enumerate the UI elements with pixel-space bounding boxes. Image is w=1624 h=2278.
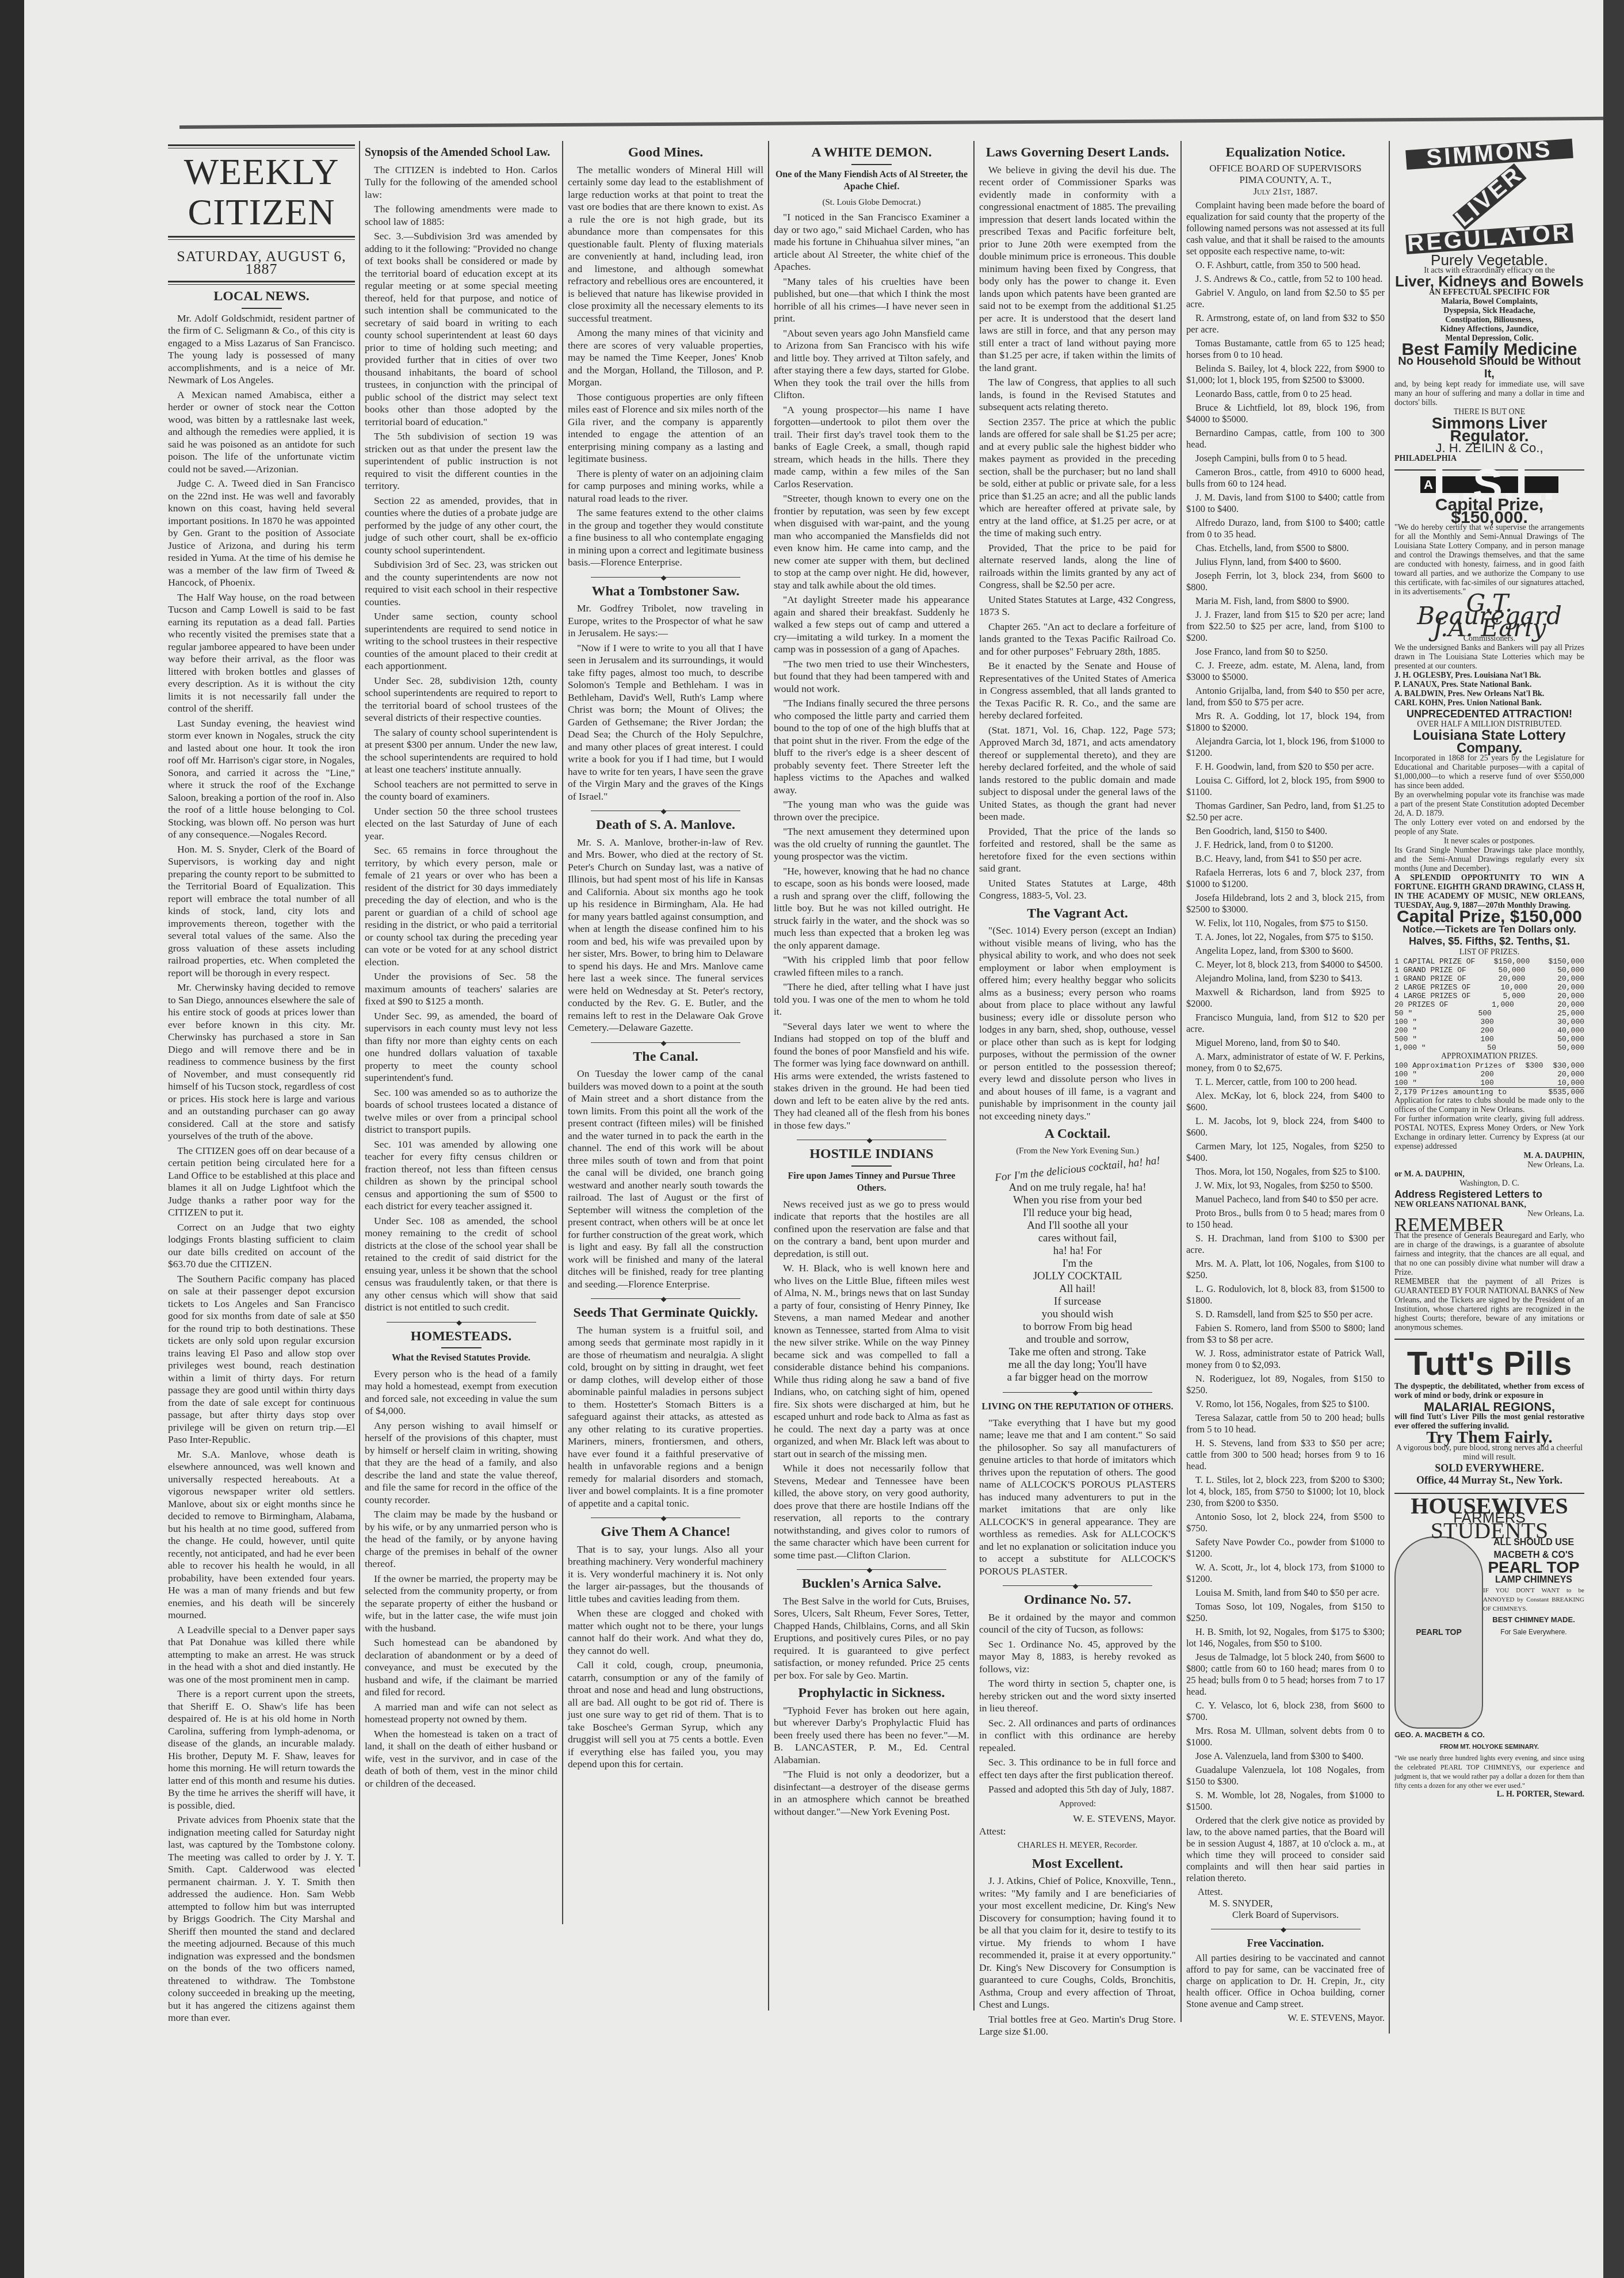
paragraph: Sec. 100 was amended so as to authorize …	[365, 1087, 557, 1136]
prize-row: 1,000 "5050,000	[1394, 1044, 1584, 1052]
column-desert-lands: Laws Governing Desert Lands. We believe …	[979, 141, 1176, 2040]
paragraph: Antonio Grijalba, land, from $40 to $50 …	[1186, 685, 1385, 708]
paragraph: Last Sunday evening, the heaviest wind s…	[168, 717, 355, 841]
paragraph: The Half Way house, on the road between …	[168, 591, 355, 715]
paragraph: Sec. 65 remains in force throughout the …	[365, 844, 557, 968]
tutt-title: Tutt's Pills	[1394, 1346, 1584, 1382]
lottery-never: It never scales or postpones.	[1394, 837, 1584, 846]
column-local-news: WEEKLY CITIZEN SATURDAY, AUGUST 6, 1887 …	[168, 141, 355, 2027]
lottery-city-2: Washington, D. C.	[1394, 1179, 1584, 1188]
lottery-remember-head: REMEMBER	[1394, 1219, 1584, 1232]
paragraph: L. G. Rodulovich, lot 8, block 83, from …	[1186, 1283, 1385, 1306]
paragraph: T. A. Jones, lot 22, Nogales, from $75 t…	[1186, 931, 1385, 943]
ad-best-family: Best Family Medicine	[1394, 343, 1584, 356]
article-title-manlove: Death of S. A. Manlove.	[568, 819, 763, 832]
paragraph: "The young man who was the guide was thr…	[774, 798, 969, 823]
ad-tagline: Purely Vegetable.	[1394, 254, 1584, 267]
paragraph: "With his crippled limb that poor fellow…	[774, 954, 969, 979]
paragraph: Chapter 265. "An act to declare a forfei…	[979, 621, 1176, 658]
paragraph: N. Roderiguez, lot 89, Nogales, from $15…	[1186, 1373, 1385, 1396]
paragraph: A Leadville special to a Denver paper sa…	[168, 1624, 355, 1686]
paragraph: J. W. Mix, lot 93, Nogales, from $250 to…	[1186, 1180, 1385, 1191]
ad-organs: Liver, Kidneys and Bowels	[1394, 276, 1584, 288]
paragraph: W. H. Black, who is well known here and …	[774, 1262, 969, 1460]
paragraph: C. Meyer, lot 8, block 213, from $4000 t…	[1186, 959, 1385, 970]
lottery-dauphin-1: M. A. DAUPHIN,	[1394, 1152, 1584, 1161]
lottery-logo: AL.S.L.	[1420, 476, 1558, 494]
good-mines-body: The metallic wonders of Mineral Hill wil…	[568, 164, 763, 569]
paragraph: "Several days later we went to where the…	[774, 1020, 969, 1132]
article-title-most-excellent: Most Excellent.	[979, 1858, 1176, 1871]
article-title-school-law: Synopsis of the Amended School Law.	[365, 147, 557, 159]
paragraph: "(Sec. 1014) Every person (except an Ind…	[979, 924, 1176, 1122]
ad-tutt: Tutt's Pills The dyspeptic, the debilita…	[1394, 1346, 1584, 1487]
tutt-result: A vigorous body, pure blood, strong nerv…	[1394, 1444, 1584, 1462]
paragraph: Cameron Bros., cattle, from 4910 to 6000…	[1186, 467, 1385, 490]
lottery-banks: J. H. OGLESBY, Pres. Louisiana Nat'l Bk.…	[1394, 671, 1584, 708]
paragraph: News received just as we go to press wou…	[774, 1198, 969, 1260]
tutt-body-1: The dyspeptic, the debilitated, whether …	[1394, 1382, 1584, 1401]
top-rule	[179, 117, 1623, 129]
most-excellent-body: J. J. Atkins, Chief of Police, Knoxville…	[979, 1875, 1176, 2038]
paragraph: Every person who is the head of a family…	[365, 1368, 557, 1417]
paragraph: When these are clogged and choked with m…	[568, 1607, 763, 1657]
dateline-rule	[168, 281, 355, 285]
paragraph: S. H. Drachman, land from $100 to $300 p…	[1186, 1233, 1385, 1256]
desert-lands-body: We believe in giving the devil his due. …	[979, 164, 1176, 902]
paragraph: Alfredo Durazo, land, from $100 to $400;…	[1186, 517, 1385, 540]
paragraph: The salary of county school superintende…	[365, 727, 557, 776]
paragraph: Thomas Gardiner, San Pedro, land, from $…	[1186, 800, 1385, 823]
lottery-logo-a: A	[1424, 477, 1433, 492]
article-title-good-mines: Good Mines.	[568, 147, 763, 159]
paragraph: On Tuesday the lower camp of the canal b…	[568, 1068, 763, 1290]
seeds-body: The human system is a fruitful soil, and…	[568, 1324, 763, 1510]
ornamental-divider	[1003, 1392, 1152, 1393]
ad-banner-regulator: REGULATOR	[1405, 223, 1573, 254]
paragraph: Be it ordained by the mayor and common c…	[979, 1611, 1176, 1636]
paragraph: The 5th subdivision of section 19 was st…	[365, 430, 557, 492]
paragraph: Bernardino Campas, cattle, from 100 to 3…	[1186, 427, 1385, 450]
column-white-demon: A WHITE DEMON. One of the Many Fiendish …	[774, 141, 969, 1820]
paragraph: Mr. S. A. Manlove, brother-in-law of Rev…	[568, 836, 763, 1034]
paragraph: Mr. S.A. Manlove, whose death is elsewhe…	[168, 1448, 355, 1622]
paragraph: A married man and wife can not select as…	[365, 1701, 557, 1726]
paragraph: Belinda S. Bailey, lot 4, block 222, fro…	[1186, 363, 1385, 386]
ad-simmons: SIMMONS LIVER REGULATOR Purely Vegetable…	[1394, 144, 1584, 464]
article-title-ordinance: Ordinance No. 57.	[979, 1594, 1176, 1607]
ordinance-attest: Attest:	[979, 1825, 1176, 1838]
paragraph: "I noticed in the San Francisco Examiner…	[774, 211, 969, 273]
pearltop-maker: GEO. A. MACBETH & CO.	[1394, 1729, 1584, 1741]
paragraph: Sec. 2. All ordinances and parts of ordi…	[979, 1717, 1176, 1755]
line: CARL KOHN, Pres. Union National Bank.	[1394, 699, 1584, 708]
paragraph: A. Marx, administrator of estate of W. F…	[1186, 1051, 1385, 1074]
article-title-canal: The Canal.	[568, 1051, 763, 1064]
paragraph: Mr. Adolf Goldschmidt, resident partner …	[168, 312, 355, 387]
cocktail-poem: And on me truly regale, ha! ha!When you …	[979, 1182, 1176, 1384]
paragraph: Mrs. M. A. Platt, lot 106, Nogales, from…	[1186, 1258, 1385, 1281]
paragraph: L. M. Jacobs, lot 9, block 224, from $40…	[1186, 1115, 1385, 1138]
line: cares without fail,	[979, 1232, 1176, 1245]
paragraph: Alejandro Molina, land, from $230 to $41…	[1186, 973, 1385, 984]
paragraph: That is to say, your lungs. Also all you…	[568, 1543, 763, 1606]
tutt-regions: MALARIAL REGIONS,	[1394, 1401, 1584, 1413]
paragraph: Passed and adopted this 5th day of July,…	[979, 1783, 1176, 1796]
paragraph: Julius Flynn, land, from $400 to $600.	[1186, 556, 1385, 568]
lottery-notice: Notice.—Tickets are Ten Dollars only.	[1394, 923, 1584, 936]
scan-border-left	[0, 0, 24, 2278]
column-advertisements: SIMMONS LIVER REGULATOR Purely Vegetable…	[1394, 141, 1584, 1799]
line: Take me often and strong. Take	[979, 1346, 1176, 1359]
paragraph: Section 22 as amended, provides, that in…	[365, 495, 557, 557]
paragraph: Fabien S. Romero, land from $500 to $800…	[1186, 1323, 1385, 1346]
notice-attest: Attest.	[1186, 1886, 1385, 1898]
prize-row: 100 Approximation Prizes of$300$30,000	[1394, 1061, 1584, 1070]
lottery-bank: NEW ORLEANS NATIONAL BANK,	[1394, 1201, 1584, 1210]
vaccination-signed: W. E. STEVENS, Mayor.	[1186, 2012, 1385, 2024]
lottery-capital-prize-2: Capital Prize, $150,000	[1394, 911, 1584, 923]
lottery-list-title: LIST OF PRIZES.	[1394, 948, 1584, 957]
prize-row: 50 "50025,000	[1394, 1009, 1584, 1018]
paragraph: Such homestead can be abandoned by decla…	[365, 1637, 557, 1699]
lottery-registered: Address Registered Letters to	[1394, 1188, 1584, 1201]
pearltop-bottle-icon: PEARL TOP	[1394, 1536, 1483, 1729]
paragraph: The same features extend to the other cl…	[568, 507, 763, 569]
paragraph: Private advices from Phoenix state that …	[168, 1814, 355, 2024]
paragraph: Sec 1. Ordinance No. 45, approved by the…	[979, 1638, 1176, 1676]
lottery-prize-table: 1 CAPITAL PRIZE OF$150,000$150,0001 GRAN…	[1394, 957, 1584, 1052]
paragraph: Safety Nave Powder Co., powder from $100…	[1186, 1536, 1385, 1560]
lottery-grand: Its Grand Single Number Drawings take pl…	[1394, 846, 1584, 874]
paragraph: Tomas Soso, lot 109, Nogales, from $150 …	[1186, 1601, 1385, 1624]
paragraph: J. J. Atkins, Chief of Police, Knoxville…	[979, 1875, 1176, 2011]
paragraph: "The Fluid is not only a deodorizer, but…	[774, 1768, 969, 1818]
paragraph: Mrs R. A. Godding, lot 17, block 194, fr…	[1186, 710, 1385, 733]
line: JOLLY COCKTAIL	[979, 1270, 1176, 1283]
paragraph: F. H. Goodwin, land, from $20 to $50 per…	[1186, 761, 1385, 773]
ornamental-divider	[591, 577, 740, 578]
paragraph: Carmen Mary, lot 125, Nogales, from $250…	[1186, 1141, 1385, 1164]
paragraph: Guadalupe Valenzuela, lot 108 Nogales, f…	[1186, 1764, 1385, 1787]
paragraph: Manuel Pacheco, land from $40 to $50 per…	[1186, 1194, 1385, 1205]
paragraph: Judge C. A. Tweed died in San Francisco …	[168, 477, 355, 589]
paragraph: Any person wishing to avail himself or h…	[365, 1420, 557, 1507]
lottery-only: The only Lottery ever voted on and endor…	[1394, 819, 1584, 837]
paragraph: H. B. Smith, lot 92, Nogales, from $175 …	[1186, 1626, 1385, 1649]
newspaper-page: WEEKLY CITIZEN SATURDAY, AUGUST 6, 1887 …	[24, 0, 1603, 2278]
paragraph: A Mexican named Amabisca, either a herde…	[168, 389, 355, 476]
lottery-franchise: By an overwhelming popular vote its fran…	[1394, 791, 1584, 819]
paragraph: O. F. Ashburt, cattle, from 350 to 500 h…	[1186, 259, 1385, 271]
paragraph: Bruce & Lichtfield, lot 89, block 196, f…	[1186, 402, 1385, 425]
canal-body: On Tuesday the lower camp of the canal b…	[568, 1068, 763, 1290]
paragraph: The following amendments were made to sc…	[365, 203, 557, 228]
paragraph: "He, however, knowing that he had no cha…	[774, 865, 969, 952]
paragraph: Teresa Salazar, cattle from 50 to 200 he…	[1186, 1412, 1385, 1435]
ordinance-approved: Approved:	[979, 1798, 1176, 1811]
lottery-remember-2: REMEMBER that the payment of all Prizes …	[1394, 1278, 1584, 1333]
paragraph: "Many tales of his cruelties have been p…	[774, 276, 969, 325]
paragraph: The claim may be made by the husband or …	[365, 1508, 557, 1570]
ad-lottery: AL.S.L. Capital Prize, $150,000. "We do …	[1394, 476, 1584, 1333]
lottery-clubs: Application for rates to clubs should be…	[1394, 1096, 1584, 1115]
line: All hail!	[979, 1283, 1176, 1295]
article-title-tombstoner: What a Tombstoner Saw.	[568, 586, 763, 598]
divider	[441, 1347, 482, 1348]
line: And on me truly regale, ha! ha!	[979, 1182, 1176, 1194]
dateline: SATURDAY, AUGUST 6, 1887	[168, 250, 355, 275]
paragraph: Sec. 101 was amended by allowing one tea…	[365, 1138, 557, 1213]
paragraph: Francisco Munguia, land, from $12 to $20…	[1186, 1012, 1385, 1035]
paragraph: Correct on an Judge that two eighty lodg…	[168, 1221, 355, 1271]
column-equalization: Equalization Notice. OFFICE BOARD OF SUP…	[1186, 141, 1385, 2024]
paragraph: The human system is a fruitful soil, and…	[568, 1324, 763, 1510]
ornamental-divider	[591, 1298, 740, 1299]
pearltop-signed: L. H. PORTER, Steward.	[1394, 1790, 1584, 1799]
paragraph: Ben Goodrich, land, $150 to $400.	[1186, 825, 1385, 837]
lottery-city-1: New Orleans, La.	[1394, 1161, 1584, 1170]
ornamental-divider	[1211, 1929, 1361, 1929]
divider	[851, 164, 892, 165]
ad-name: Simmons Liver Regulator.	[1394, 417, 1584, 442]
article-title-seeds: Seeds That Germinate Quickly.	[568, 1307, 763, 1320]
paragraph: Gabriel V. Angulo, on land from $2.50 to…	[1186, 287, 1385, 310]
ordinance-recorder: CHARLES H. MEYER, Recorder.	[979, 1840, 1176, 1852]
line: Constipation, Biliousness,	[1394, 316, 1584, 325]
ad-ailments: Malaria, Bowel Complaints,Dyspepsia, Sic…	[1394, 297, 1584, 343]
prize-row: 4 LARGE PRIZES OF5,00020,000	[1394, 992, 1584, 1000]
line: a far bigger head on the morrow	[979, 1371, 1176, 1384]
line: you should wish	[979, 1308, 1176, 1321]
paragraph: Provided, That the price to be paid for …	[979, 542, 1176, 591]
paragraph: When the homestead is taken on a tract o…	[365, 1728, 557, 1790]
tutt-try: Try Them Fairly.	[1394, 1431, 1584, 1444]
article-title-cocktail: A Cocktail.	[979, 1128, 1176, 1141]
paragraph: "About seven years ago John Mansfield ca…	[774, 327, 969, 402]
paragraph: United States Statutes at Large, 48th Co…	[979, 877, 1176, 902]
paragraph: Angelita Lopez, land, from $300 to $600.	[1186, 945, 1385, 957]
paragraph: The CITIZEN goes off on dear because of …	[168, 1145, 355, 1219]
ornamental-divider	[797, 1569, 946, 1570]
clerk-title: Clerk Board of Supervisors.	[1186, 1909, 1385, 1921]
paragraph: Those contiguous properties are only fif…	[568, 391, 763, 465]
paragraph: W. Felix, lot 110, Nogales, from $75 to …	[1186, 918, 1385, 929]
masthead-rule	[168, 236, 355, 240]
paragraph: "Typhoid Fever has broken out here again…	[774, 1704, 969, 1767]
paragraph: Louisa C. Gifford, lot 2, block 195, fro…	[1186, 775, 1385, 798]
assessment-entries: O. F. Ashburt, cattle, from 350 to 500 h…	[1186, 259, 1385, 1813]
column-school-law: Synopsis of the Amended School Law. The …	[365, 141, 557, 1792]
line: If surcease	[979, 1295, 1176, 1308]
paragraph: J. J. Frazer, land from $15 to $20 per a…	[1186, 609, 1385, 644]
paragraph: J. F. Hedrick, land, from 0 to $1200.	[1186, 839, 1385, 851]
lottery-remember-1: That the presence of Generals Beauregard…	[1394, 1232, 1584, 1278]
pearltop-students: STUDENTS	[1394, 1524, 1584, 1537]
prize-row: 1 GRAND PRIZE OF50,00050,000	[1394, 966, 1584, 974]
line: Dyspepsia, Sick Headache,	[1394, 307, 1584, 316]
article-title-equalization: Equalization Notice.	[1186, 147, 1385, 158]
article-source: (St. Louis Globe Democrat.)	[774, 197, 969, 209]
paragraph: "A young prospector—his name I have forg…	[774, 404, 969, 491]
ad-banner-simmons: SIMMONS	[1405, 139, 1573, 170]
chance-body: That is to say, your lungs. Also all you…	[568, 1543, 763, 1771]
paragraph: Joseph Ferrin, lot 3, block 234, from $6…	[1186, 570, 1385, 593]
column-rule	[359, 141, 360, 1867]
paragraph: Trial bottles free at Geo. Martin's Drug…	[979, 2013, 1176, 2038]
arnica-body: The Best Salve in the world for Cuts, Br…	[774, 1595, 969, 1682]
paragraph: "There he died, after telling what I hav…	[774, 981, 969, 1018]
paragraph: Jose A. Valenzuela, land from $300 to $4…	[1186, 1750, 1385, 1762]
tutt-office: Office, 44 Murray St., New York.	[1394, 1474, 1584, 1487]
paragraph: C. J. Freeze, adm. estate, M. Alena, lan…	[1186, 660, 1385, 683]
ordinance-body: Be it ordained by the mayor and common c…	[979, 1611, 1176, 1796]
vaccination-body: All parties desiring to be vaccinated an…	[1186, 1952, 1385, 2010]
paragraph: J. M. Davis, land from $100 to $400; cat…	[1186, 492, 1385, 515]
lottery-total-amount: $535,000	[1549, 1088, 1584, 1096]
lottery-dauphin-2: or M. A. DAUPHIN,	[1394, 1170, 1584, 1179]
lottery-further: For further information write clearly, g…	[1394, 1115, 1584, 1152]
line: P. LANAUX, Pres. State National Bank.	[1394, 681, 1584, 690]
paragraph: The CITIZEN is indebted to Hon. Carlos T…	[365, 164, 557, 201]
prize-row: 1 GRAND PRIZE OF20,00020,000	[1394, 974, 1584, 983]
lottery-unprecedented: UNPRECEDENTED ATTRACTION!	[1394, 708, 1584, 721]
line: Kidney Affections, Jaundice,	[1394, 325, 1584, 334]
manlove-body: Mr. S. A. Manlove, brother-in-law of Rev…	[568, 836, 763, 1034]
hostile-indians-body: News received just as we go to press wou…	[774, 1198, 969, 1562]
paragraph: While it does not necessarily follow tha…	[774, 1462, 969, 1561]
line: When you rise from your bed	[979, 1194, 1176, 1207]
paragraph: Under same section, county school superi…	[365, 610, 557, 672]
paragraph: United States Statutes at Large, 432 Con…	[979, 594, 1176, 618]
lottery-approx-title: APPROXIMATION PRIZES.	[1394, 1052, 1584, 1061]
article-title-living-reputation: LIVING ON THE REPUTATION OF OTHERS.	[979, 1401, 1176, 1413]
line: A. BALDWIN, Pres. New Orleans Nat'l Bk.	[1394, 690, 1584, 699]
line: PIMA COUNTY, A. T.,	[1186, 174, 1385, 186]
paragraph: C. Y. Velasco, lot 6, block 238, from $6…	[1186, 1700, 1385, 1723]
paragraph: Under Sec. 28, subdivision 12th, county …	[365, 675, 557, 724]
notice-header: OFFICE BOARD OF SUPERVISORSPIMA COUNTY, …	[1186, 163, 1385, 197]
line: I'm the	[979, 1258, 1176, 1270]
column-rule	[973, 141, 975, 2011]
line: me all the day long; You'll have	[979, 1359, 1176, 1371]
paragraph: B.C. Heavy, land, from $41 to $50 per ac…	[1186, 853, 1385, 865]
paragraph: Section 2357. The price at which the pub…	[979, 416, 1176, 540]
local-news-body: Mr. Adolf Goldschmidt, resident partner …	[168, 312, 355, 2024]
paragraph: We believe in giving the devil his due. …	[979, 164, 1176, 374]
paragraph: "Take everything that I have but my good…	[979, 1417, 1176, 1578]
paragraph: T. L. Stiles, lot 2, block 223, from $20…	[1186, 1474, 1385, 1509]
paragraph: Mrs. Rosa M. Ullman, solvent debts from …	[1186, 1725, 1385, 1748]
paragraph: "The two men tried to use their Winchest…	[774, 658, 969, 695]
paragraph: Under Sec. 108 as amended, the school mo…	[365, 1215, 557, 1314]
prize-row: 100 "20020,000	[1394, 1070, 1584, 1079]
article-title-arnica: Bucklen's Arnica Salve.	[774, 1578, 969, 1591]
line: I'll reduce your big head,	[979, 1207, 1176, 1220]
notice-intro: Complaint having been made before the bo…	[1186, 200, 1385, 257]
paragraph: Miguel Moreno, land, from $0 to $40.	[1186, 1037, 1385, 1049]
prize-row: 100 "30030,000	[1394, 1018, 1584, 1026]
paragraph: "The next amusement they determined upon…	[774, 825, 969, 863]
divider	[242, 308, 282, 309]
paragraph: Under the provisions of Sec. 58 the maxi…	[365, 970, 557, 1008]
paragraph: Tomas Bustamante, cattle from 65 to 125 …	[1186, 338, 1385, 361]
line: and trouble and sorrow,	[979, 1333, 1176, 1346]
ornamental-divider	[591, 1042, 740, 1043]
article-subtitle-white-demon: One of the Many Fiendish Acts of Al Stre…	[774, 169, 969, 193]
article-title-white-demon: A WHITE DEMON.	[774, 147, 969, 159]
article-title-hostile-indians: HOSTILE INDIANS	[774, 1148, 969, 1161]
paragraph: Maria M. Fish, land, from $800 to $900.	[1186, 595, 1385, 607]
paragraph: Thos. Mora, lot 150, Nogales, from $25 t…	[1186, 1166, 1385, 1178]
paragraph: W. A. Scott, Jr., lot 4, block 173, from…	[1186, 1562, 1385, 1585]
prophylactic-body: "Typhoid Fever has broken out here again…	[774, 1704, 969, 1818]
paragraph: Call it cold, cough, croup, pneumonia, c…	[568, 1659, 763, 1771]
paragraph: Alejandra Garcia, lot 1, block 196, from…	[1186, 736, 1385, 759]
paragraph: Rafaela Herreras, lots 6 and 7, block 23…	[1186, 867, 1385, 890]
paragraph: "The Indians finally secured the three p…	[774, 697, 969, 796]
paragraph: Hon. M. S. Snyder, Clerk of the Board of…	[168, 843, 355, 980]
clerk-name: M. S. SNYDER,	[1186, 1898, 1385, 1909]
lottery-total-label: 2,179 Prizes amounting to	[1394, 1088, 1507, 1096]
scan-border-right	[1603, 0, 1624, 2278]
lottery-fractions: Halves, $5. Fifths, $2. Tenths, $1.	[1394, 935, 1584, 948]
masthead-rule	[168, 144, 355, 148]
paragraph: The Best Salve in the world for Cuts, Br…	[774, 1595, 969, 1682]
lottery-incorporated: Incorporated in 1868 for 25 years by the…	[1394, 754, 1584, 791]
ornamental-divider	[591, 811, 740, 811]
ad-maker: J. H. ZEILIN & Co.,	[1394, 442, 1584, 454]
paragraph: Louisa M. Smith, land from $40 to $50 pe…	[1186, 1587, 1385, 1599]
pearltop-bottle-label: PEARL TOP	[1416, 1626, 1462, 1639]
ornamental-divider	[797, 1140, 946, 1140]
article-title-chance: Give Them A Chance!	[568, 1526, 763, 1539]
prize-row: 100 "10010,000	[1394, 1079, 1584, 1087]
prize-row: 20 PRIZES OF1,00020,000	[1394, 1000, 1584, 1009]
paragraph: School teachers are not permitted to ser…	[365, 778, 557, 803]
ad-separator	[1394, 1339, 1584, 1340]
column-mines: Good Mines. The metallic wonders of Mine…	[568, 141, 763, 1773]
article-title-prophylactic: Prophylactic in Sickness.	[774, 1687, 969, 1700]
paragraph: Jesus de Talmadge, lot 5 block 240, from…	[1186, 1652, 1385, 1698]
line: July 21st, 1887.	[1186, 186, 1385, 197]
column-rule	[562, 141, 563, 1924]
paragraph: "At daylight Streeter made his appearanc…	[774, 594, 969, 656]
paragraph: Leonardo Bass, cattle, from 0 to 25 head…	[1186, 388, 1385, 400]
pearltop-testimonial: "We use nearly three hundred lights ever…	[1394, 1753, 1584, 1790]
section-heading-local-news: LOCAL NEWS.	[168, 291, 355, 303]
paragraph: Alex. McKay, lot 6, block 224, from $400…	[1186, 1090, 1385, 1113]
prize-row: 1 CAPITAL PRIZE OF$150,000$150,000	[1394, 957, 1584, 966]
paragraph: Among the many mines of that vicinity an…	[568, 327, 763, 389]
prize-row: 200 "20040,000	[1394, 1026, 1584, 1035]
ornamental-divider	[591, 1518, 740, 1518]
tutt-sold: SOLD EVERYWHERE.	[1394, 1462, 1584, 1475]
ornamental-divider	[1003, 1585, 1152, 1586]
line: OFFICE BOARD OF SUPERVISORS	[1186, 163, 1385, 174]
prize-row: 2 LARGE PRIZES OF10,00020,000	[1394, 983, 1584, 992]
article-title-vagrant-act: The Vagrant Act.	[979, 908, 1176, 920]
paragraph: J. S. Andrews & Co., cattle, from 52 to …	[1186, 273, 1385, 285]
paragraph: The word thirty in section 5, chapter on…	[979, 1677, 1176, 1715]
paragraph: Subdivision 3rd of Sec. 23, was stricken…	[365, 559, 557, 608]
lottery-capital-prize: Capital Prize, $150,000.	[1394, 499, 1584, 523]
notice-order: Ordered that the clerk give notice as pr…	[1186, 1815, 1385, 1884]
white-demon-body: "I noticed in the San Francisco Examiner…	[774, 211, 969, 1132]
paragraph: If the owner be married, the property ma…	[365, 1573, 557, 1635]
ad-kept: and, by being kept ready for immediate u…	[1394, 380, 1584, 408]
lottery-commissioners: Commissioners.	[1394, 635, 1584, 644]
